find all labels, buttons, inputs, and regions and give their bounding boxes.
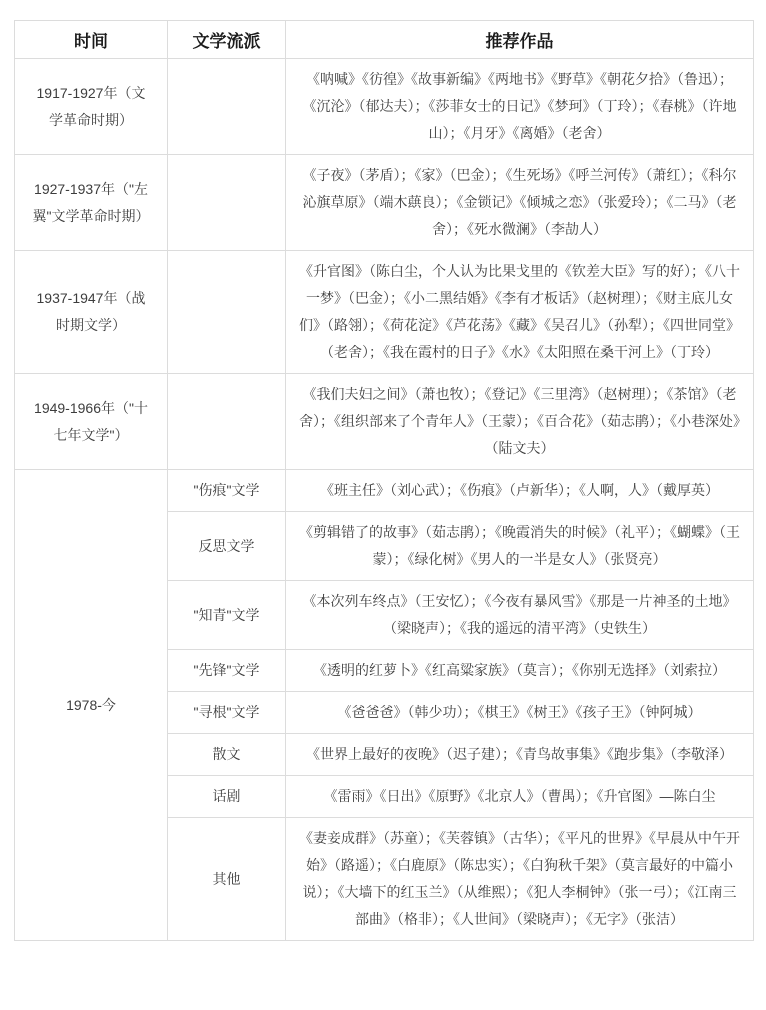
works-cell: 《我们夫妇之间》（萧也牧）；《登记》《三里湾》（赵树理）；《茶馆》（老舍）；《组… (286, 374, 754, 470)
school-cell-empty (168, 155, 286, 251)
works-cell: 《世界上最好的夜晚》（迟子建）；《青鸟故事集》《跑步集》（李敬泽） (286, 734, 754, 776)
header-works: 推荐作品 (286, 21, 754, 59)
time-cell: 1937-1947年（战时期文学） (15, 251, 168, 374)
table-row-1978-shanghen: 1978-今 "伤痕"文学 《班主任》（刘心武）；《伤痕》（卢新华）；《人啊，人… (15, 470, 754, 512)
school-cell: "伤痕"文学 (168, 470, 286, 512)
table-row-1927-1937: 1927-1937年（"左翼"文学革命时期） 《子夜》（茅盾）；《家》（巴金）；… (15, 155, 754, 251)
works-cell: 《本次列车终点》（王安忆）；《今夜有暴风雪》《那是一片神圣的土地》（梁晓声）；《… (286, 581, 754, 650)
literature-periods-table: 时间 文学流派 推荐作品 1917-1927年（文学革命时期） 《呐喊》《彷徨》… (14, 20, 754, 941)
page: 时间 文学流派 推荐作品 1917-1927年（文学革命时期） 《呐喊》《彷徨》… (0, 0, 766, 949)
school-cell: 反思文学 (168, 512, 286, 581)
table-row-1917-1927: 1917-1927年（文学革命时期） 《呐喊》《彷徨》《故事新编》《两地书》《野… (15, 59, 754, 155)
school-cell: 散文 (168, 734, 286, 776)
time-cell: 1927-1937年（"左翼"文学革命时期） (15, 155, 168, 251)
works-cell: 《升官图》（陈白尘，个人认为比果戈里的《钦差大臣》写的好）；《八十一梦》（巴金）… (286, 251, 754, 374)
works-cell: 《爸爸爸》（韩少功）；《棋王》《树王》《孩子王》（钟阿城） (286, 692, 754, 734)
works-cell: 《呐喊》《彷徨》《故事新编》《两地书》《野草》《朝花夕拾》（鲁迅）；《沉沦》（郁… (286, 59, 754, 155)
table-row-1937-1947: 1937-1947年（战时期文学） 《升官图》（陈白尘，个人认为比果戈里的《钦差… (15, 251, 754, 374)
time-cell: 1917-1927年（文学革命时期） (15, 59, 168, 155)
school-cell: "知青"文学 (168, 581, 286, 650)
works-cell: 《雷雨》《日出》《原野》《北京人》（曹禺）；《升官图》—陈白尘 (286, 776, 754, 818)
header-school: 文学流派 (168, 21, 286, 59)
school-cell: 其他 (168, 818, 286, 941)
works-cell: 《透明的红萝卜》《红高粱家族》（莫言）；《你别无选择》（刘索拉） (286, 650, 754, 692)
works-cell: 《子夜》（茅盾）；《家》（巴金）；《生死场》《呼兰河传》（萧红）；《科尔沁旗草原… (286, 155, 754, 251)
header-time: 时间 (15, 21, 168, 59)
time-cell: 1949-1966年（"十七年文学"） (15, 374, 168, 470)
header-row: 时间 文学流派 推荐作品 (15, 21, 754, 59)
school-cell-empty (168, 251, 286, 374)
time-cell-1978: 1978-今 (15, 470, 168, 941)
table-row-1949-1966: 1949-1966年（"十七年文学"） 《我们夫妇之间》（萧也牧）；《登记》《三… (15, 374, 754, 470)
works-cell: 《妻妾成群》（苏童）；《芙蓉镇》（古华）；《平凡的世界》《早晨从中午开始》（路遥… (286, 818, 754, 941)
school-cell-empty (168, 59, 286, 155)
school-cell: "寻根"文学 (168, 692, 286, 734)
school-cell: 话剧 (168, 776, 286, 818)
school-cell-empty (168, 374, 286, 470)
works-cell: 《剪辑错了的故事》（茹志鹃）；《晚霞消失的时候》（礼平）；《蝴蝶》（王蒙）；《绿… (286, 512, 754, 581)
works-cell: 《班主任》（刘心武）；《伤痕》（卢新华）；《人啊，人》（戴厚英） (286, 470, 754, 512)
school-cell: "先锋"文学 (168, 650, 286, 692)
